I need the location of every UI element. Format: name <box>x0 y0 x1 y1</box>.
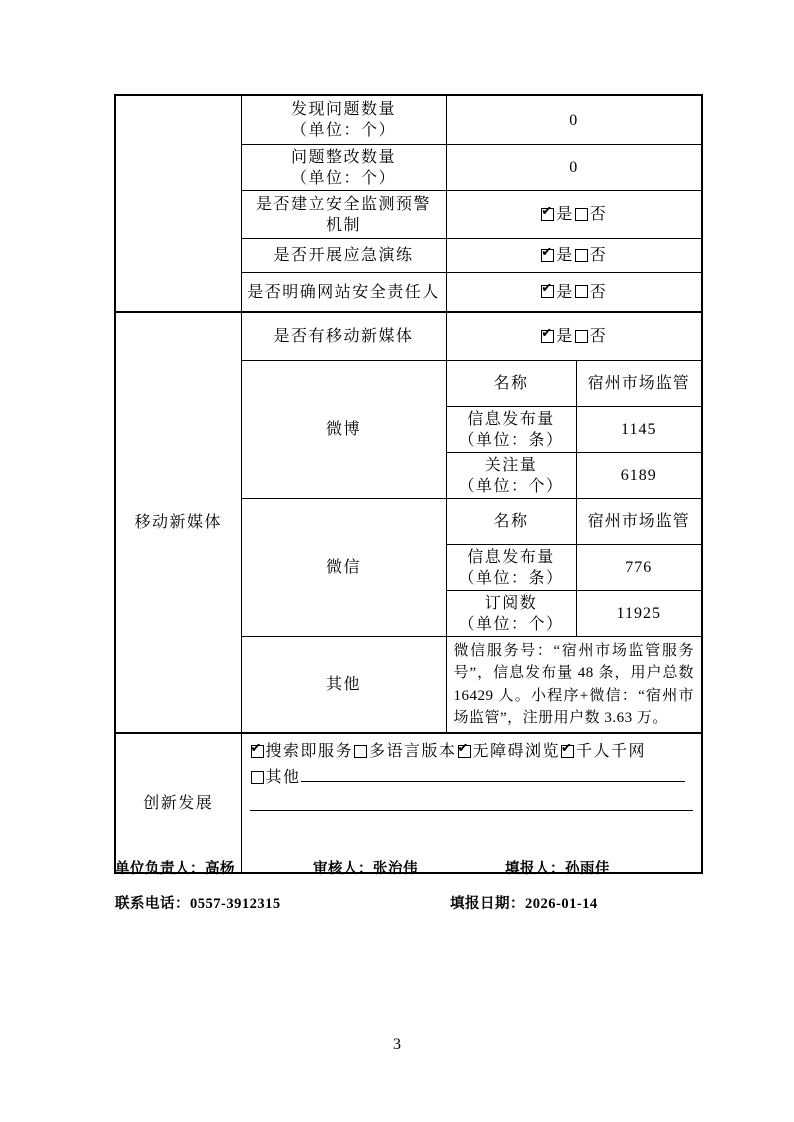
table-row: 发现问题数量 （单位：个） 0 <box>115 95 702 145</box>
wechat-posts-value: 776 <box>576 545 702 591</box>
yes-no-checkbox-group: 是否 <box>540 282 607 303</box>
checkbox-unchecked-icon <box>575 285 588 298</box>
row-label-unit: （单位：个） <box>246 120 442 141</box>
innovation-section-label: 创新发展 <box>115 733 241 873</box>
row-label-unit: （单位：个） <box>246 168 442 189</box>
checkbox-checked-icon <box>541 330 554 343</box>
row-label-unit: （单位：个） <box>451 476 572 497</box>
fill-date-value: 2026-01-14 <box>525 896 598 912</box>
checkbox-checked-icon <box>541 249 554 262</box>
checkbox-checked-icon <box>541 208 554 221</box>
emergency-drill-label-cell: 是否开展应急演练 <box>241 239 446 273</box>
innovation-content-cell: 搜索即服务多语言版本无障碍浏览千人千网 其他 <box>241 733 702 873</box>
checkbox-unchecked-icon <box>354 745 367 758</box>
unit-responsible-name: 高杨 <box>205 861 235 877</box>
filler: 填报人：孙雨佳 <box>505 857 610 878</box>
row-label-unit: （单位：条） <box>451 430 572 451</box>
has-new-media-value: 是否 <box>446 312 702 361</box>
security-section-label-cell-empty <box>115 95 241 312</box>
weibo-name-label-cell: 名称 <box>446 361 576 407</box>
checkbox-checked-icon <box>251 745 264 758</box>
wechat-subs-value: 11925 <box>576 591 702 637</box>
wechat-name-value: 宿州市场监管 <box>576 499 702 545</box>
checkbox-label: 无障碍浏览 <box>473 743 561 760</box>
checkbox-unchecked-icon <box>575 249 588 262</box>
wechat-posts-label-cell: 信息发布量 （单位：条） <box>446 545 576 591</box>
weibo-label: 微博 <box>241 361 446 499</box>
found-issues-label-cell: 发现问题数量 （单位：个） <box>241 95 446 145</box>
other-media-label: 其他 <box>241 637 446 734</box>
innovation-checkbox-group: 搜索即服务多语言版本无障碍浏览千人千网 <box>250 739 647 765</box>
filler-label: 填报人： <box>505 861 565 877</box>
checkbox-label: 其他 <box>266 769 301 786</box>
innovation-other-line: 其他 <box>250 765 694 791</box>
weibo-followers-label-cell: 关注量 （单位：个） <box>446 453 576 499</box>
fixed-issues-value: 0 <box>446 145 702 191</box>
checkbox-label: 是 <box>556 206 574 223</box>
checkbox-label: 是 <box>556 328 574 345</box>
row-label: 关注量 <box>451 455 572 476</box>
table-row: 移动新媒体 是否有移动新媒体 是否 <box>115 312 702 361</box>
checkbox-unchecked-icon <box>575 330 588 343</box>
reviewer-label: 审核人： <box>313 861 373 877</box>
unit-responsible-label: 单位负责人： <box>115 861 205 877</box>
checkbox-label: 否 <box>590 247 608 264</box>
contact-phone-label: 联系电话： <box>115 896 190 912</box>
checkbox-label: 多语言版本 <box>369 743 457 760</box>
checkbox-label: 否 <box>590 328 608 345</box>
checkbox-label: 否 <box>590 284 608 301</box>
checkbox-checked-icon <box>541 285 554 298</box>
wechat-name-label-cell: 名称 <box>446 499 576 545</box>
checkbox-label: 否 <box>590 206 608 223</box>
weibo-followers-value: 6189 <box>576 453 702 499</box>
weibo-posts-label-cell: 信息发布量 （单位：条） <box>446 407 576 453</box>
fill-date-label: 填报日期： <box>450 896 525 912</box>
weibo-posts-value: 1145 <box>576 407 702 453</box>
other-media-description: 微信服务号：“宿州市场监管服务号”，信息发布量 48 条，用户总数 16429 … <box>446 637 702 734</box>
has-new-media-label-cell: 是否有移动新媒体 <box>241 312 446 361</box>
wechat-label: 微信 <box>241 499 446 637</box>
reviewer: 审核人：张治伟 <box>313 857 418 878</box>
innovation-options-line: 搜索即服务多语言版本无障碍浏览千人千网 <box>250 739 694 765</box>
filler-name: 孙雨佳 <box>565 861 610 877</box>
row-label: 信息发布量 <box>451 547 572 568</box>
checkbox-checked-icon <box>458 745 471 758</box>
row-label-unit: （单位：个） <box>451 614 572 635</box>
row-label: 问题整改数量 <box>246 147 442 168</box>
checkbox-label: 搜索即服务 <box>266 743 354 760</box>
yes-no-checkbox-group: 是否 <box>540 245 607 266</box>
yes-no-checkbox-group: 是否 <box>540 326 607 347</box>
contact-phone: 联系电话：0557-3912315 <box>115 892 281 913</box>
monitor-warning-label-cell: 是否建立安全监测预警 机制 <box>241 191 446 239</box>
row-label: 是否建立安全监测预警 <box>246 194 442 215</box>
emergency-drill-value: 是否 <box>446 239 702 273</box>
other-checkbox-group: 其他 <box>250 765 301 791</box>
yes-no-checkbox-group: 是否 <box>540 204 607 225</box>
checkbox-label: 千人千网 <box>576 743 646 760</box>
weibo-name-value: 宿州市场监管 <box>576 361 702 407</box>
security-responsible-value: 是否 <box>446 273 702 313</box>
blank-underline <box>301 765 685 782</box>
row-label: 发现问题数量 <box>246 99 442 120</box>
blank-underline <box>250 794 693 811</box>
checkbox-unchecked-icon <box>251 771 264 784</box>
innovation-blank-line <box>250 791 694 820</box>
contact-phone-number: 0557-3912315 <box>190 896 281 912</box>
report-footer: 单位负责人：高杨 审核人：张治伟 填报人：孙雨佳 联系电话：0557-39123… <box>115 857 715 927</box>
unit-responsible: 单位负责人：高杨 <box>115 857 235 878</box>
found-issues-value: 0 <box>446 95 702 145</box>
fixed-issues-label-cell: 问题整改数量 （单位：个） <box>241 145 446 191</box>
document-page: 发现问题数量 （单位：个） 0 问题整改数量 （单位：个） 0 是否建立安全监测… <box>0 0 794 1122</box>
security-responsible-label-cell: 是否明确网站安全责任人 <box>241 273 446 313</box>
table-row: 创新发展 搜索即服务多语言版本无障碍浏览千人千网 其他 <box>115 733 702 873</box>
row-label: 机制 <box>246 215 442 236</box>
page-number: 3 <box>0 1036 794 1054</box>
checkbox-checked-icon <box>561 745 574 758</box>
checkbox-label: 是 <box>556 247 574 264</box>
new-media-section-label: 移动新媒体 <box>115 312 241 733</box>
wechat-subs-label-cell: 订阅数 （单位：个） <box>446 591 576 637</box>
reviewer-name: 张治伟 <box>373 861 418 877</box>
row-label: 信息发布量 <box>451 409 572 430</box>
row-label: 订阅数 <box>451 593 572 614</box>
row-label-unit: （单位：条） <box>451 568 572 589</box>
annual-report-table: 发现问题数量 （单位：个） 0 问题整改数量 （单位：个） 0 是否建立安全监测… <box>114 94 703 874</box>
monitor-warning-value: 是否 <box>446 191 702 239</box>
checkbox-label: 是 <box>556 284 574 301</box>
checkbox-unchecked-icon <box>575 208 588 221</box>
fill-date: 填报日期：2026-01-14 <box>450 892 598 913</box>
